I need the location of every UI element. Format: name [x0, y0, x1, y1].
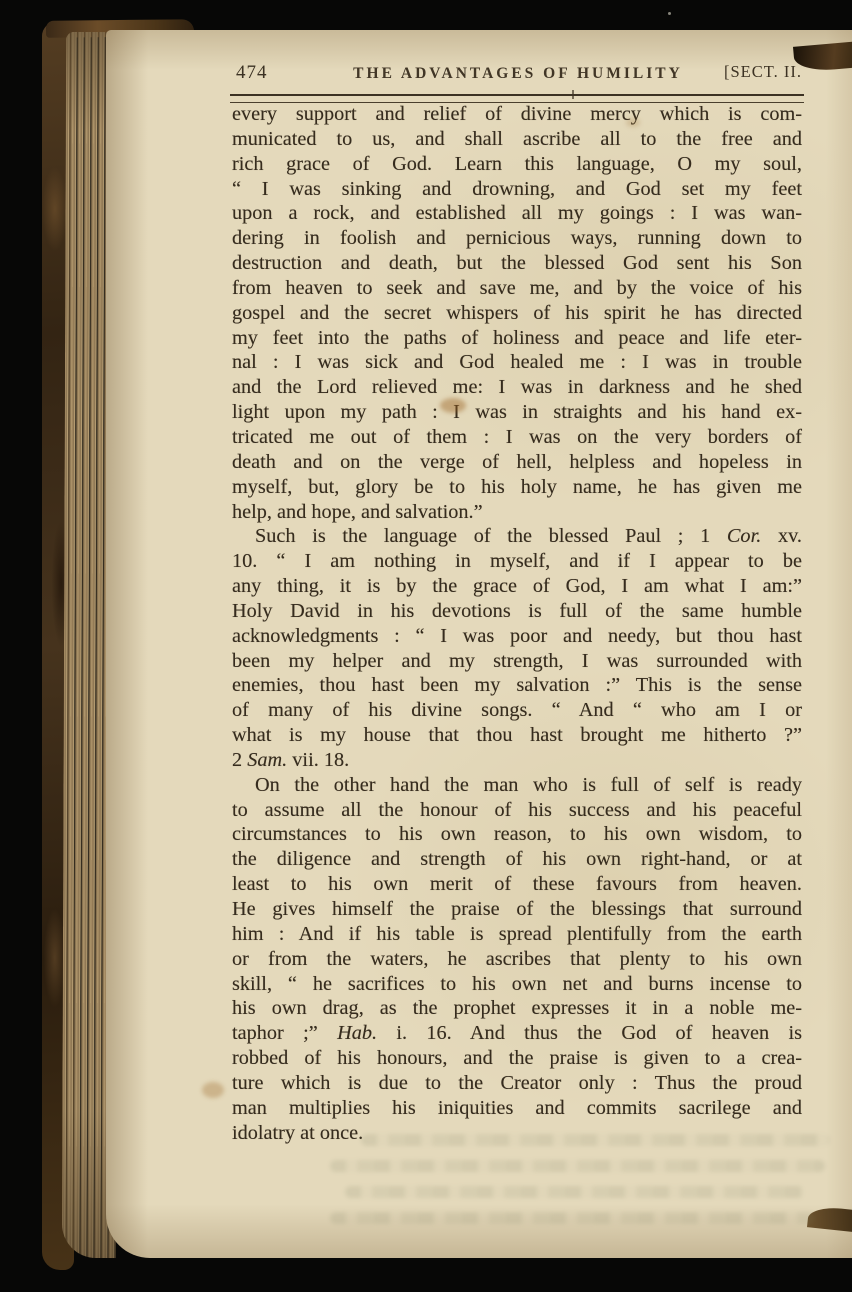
text-line: rich grace of God. Learn this language, … [232, 152, 802, 177]
text-line: help, and hope, and salvation.” [232, 500, 802, 525]
text-line: man multiplies his iniquities and commit… [232, 1096, 802, 1121]
text-line: least to his own merit of these favours … [232, 872, 802, 897]
text-line: his own drag, as the prophet expresses i… [232, 996, 802, 1021]
foxing-stain [626, 118, 640, 127]
text-line: to assume all the honour of his success … [232, 798, 802, 823]
text-line: him : And if his table is spread plentif… [232, 922, 802, 947]
text-line: skill, “ he sacrifices to his own net an… [232, 972, 802, 997]
text-line: every support and relief of divine mercy… [232, 102, 802, 127]
bleed-through-text [330, 1134, 840, 1238]
text-line: On the other hand the man who is full of… [232, 773, 802, 798]
running-title: THE ADVANTAGES OF HUMILITY [232, 65, 804, 83]
text-line: any thing, it is by the grace of God, I … [232, 574, 802, 599]
text-line: been my helper and my strength, I was su… [232, 649, 802, 674]
text-line: acknowledgments : “ I was poor and needy… [232, 624, 802, 649]
text-line: myself, but, glory be to his holy name, … [232, 475, 802, 500]
text-line: Such is the language of the blessed Paul… [232, 524, 802, 549]
bleed-through-line [361, 1134, 830, 1146]
text-line: He gives himself the praise of the bless… [232, 897, 802, 922]
text-line: ture which is due to the Creator only : … [232, 1071, 802, 1096]
text-line: what is my house that thou hast brought … [232, 723, 802, 748]
text-line: robbed of his honours, and the praise is… [232, 1046, 802, 1071]
text-line: light upon my path : I was in straights … [232, 400, 802, 425]
text-line: my feet into the paths of holiness and p… [232, 326, 802, 351]
scanned-book-photo: { "document": { "page_number": "474", "r… [0, 0, 852, 1292]
text-line: from heaven to seek and save me, and by … [232, 276, 802, 301]
section-label: [SECT. II. [724, 62, 802, 82]
text-line: tricated me out of them : I was on the v… [232, 425, 802, 450]
text-line: Holy David in his devotions is full of t… [232, 599, 802, 624]
text-line: municated to us, and shall ascribe all t… [232, 127, 802, 152]
rule-tick-mark [572, 90, 574, 99]
book-page: 474 THE ADVANTAGES OF HUMILITY [SECT. II… [106, 30, 852, 1258]
bleed-through-line [330, 1160, 825, 1172]
text-line: enemies, thou hast been my salvation :” … [232, 673, 802, 698]
text-line: or from the waters, he ascribes that ple… [232, 947, 802, 972]
text-line: of many of his divine songs. “ And “ who… [232, 698, 802, 723]
text-line: circumstances to his own reason, to his … [232, 822, 802, 847]
text-line: dering in foolish and pernicious ways, r… [232, 226, 802, 251]
text-line: 10. “ I am nothing in myself, and if I a… [232, 549, 802, 574]
text-line: upon a rock, and established all my goin… [232, 201, 802, 226]
text-line: the diligence and strength of his own ri… [232, 847, 802, 872]
text-line: taphor ;” Hab. i. 16. And thus the God o… [232, 1021, 802, 1046]
bleed-through-line [330, 1212, 815, 1224]
text-line: nal : I was sick and God healed me : I w… [232, 350, 802, 375]
page-header: 474 THE ADVANTAGES OF HUMILITY [SECT. II… [232, 58, 804, 86]
text-block: every support and relief of divine mercy… [232, 102, 802, 1145]
text-line: destruction and death, but the blessed G… [232, 251, 802, 276]
text-line: death and on the verge of hell, helpless… [232, 450, 802, 475]
foxing-stain [202, 1082, 224, 1098]
bleed-through-line [345, 1186, 804, 1198]
dust-speck [668, 12, 671, 15]
foxing-stain [440, 398, 466, 413]
text-line: “ I was sinking and drowning, and God se… [232, 177, 802, 202]
text-line: and the Lord relieved me: I was in darkn… [232, 375, 802, 400]
text-line: 2 Sam. vii. 18. [232, 748, 802, 773]
text-line: gospel and the secret whispers of his sp… [232, 301, 802, 326]
